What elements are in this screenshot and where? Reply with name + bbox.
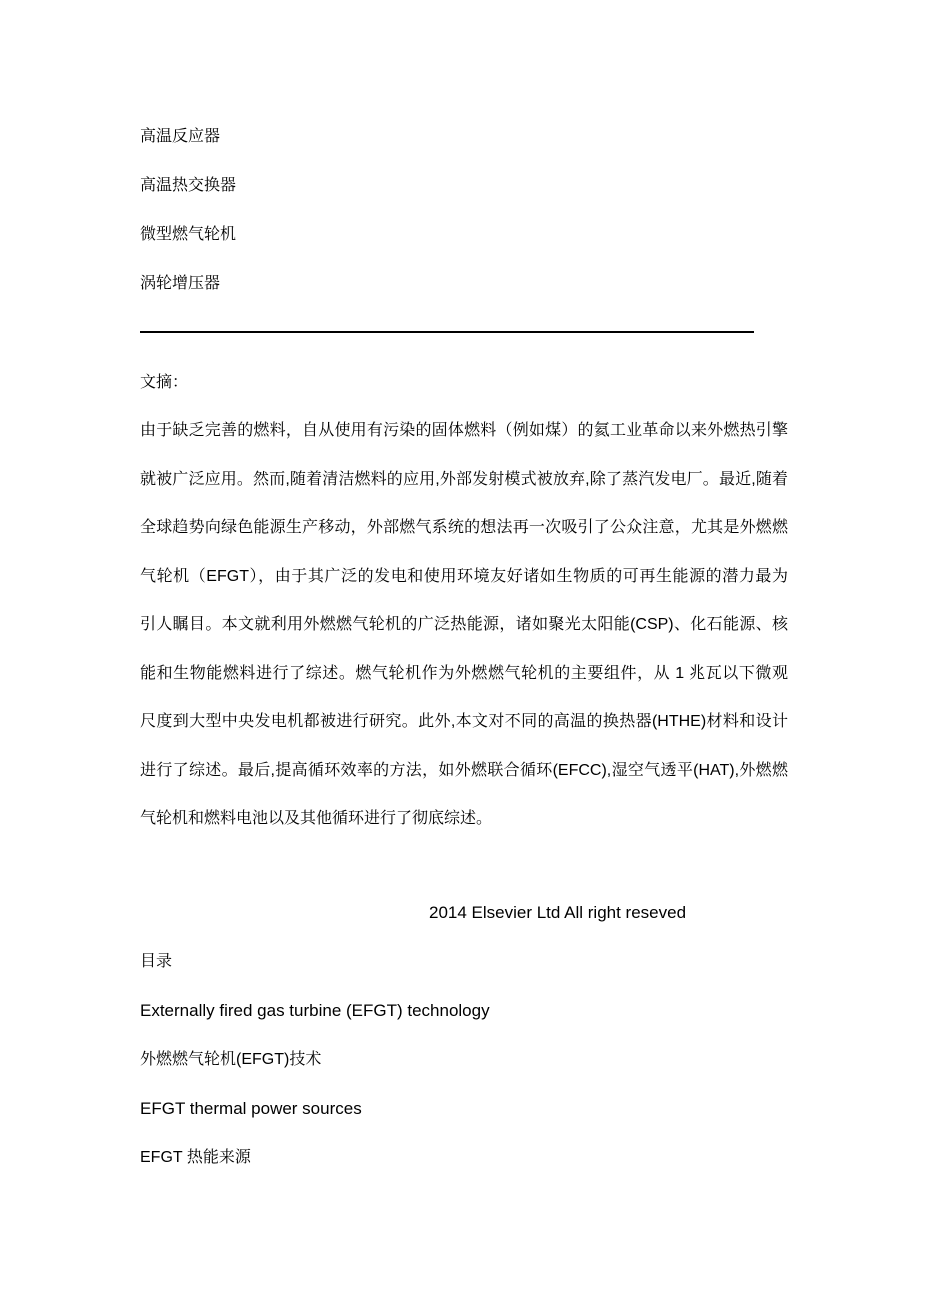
document-page: 高温反应器 高温热交换器 微型燃气轮机 涡轮增压器 文摘： 由于缺乏完善的燃料，… [0, 0, 926, 1309]
abstract-label: 文摘： [140, 358, 788, 407]
section-divider [140, 331, 754, 333]
toc-item: 外燃燃气轮机(EFGT)技术 [140, 1035, 788, 1084]
copyright-line: 2014 Elsevier Ltd All right reseved [140, 888, 788, 937]
abstract-line: 引人瞩目。本文就利用外燃燃气轮机的广泛热能源，诸如聚光太阳能(CSP)、化石能源… [140, 601, 788, 650]
abstract-line: 尺度到大型中央发电机都被进行研究。此外,本文对不同的高温的换热器(HTHE)材料… [140, 698, 788, 747]
toc-item: Externally fired gas turbine (EFGT) tech… [140, 986, 788, 1035]
toc-label: 目录 [140, 937, 788, 986]
keyword-item: 高温热交换器 [140, 161, 788, 210]
keyword-item: 高温反应器 [140, 112, 788, 161]
abstract-line: 气轮机和燃料电池以及其他循环进行了彻底综述。 [140, 795, 788, 844]
keyword-item: 涡轮增压器 [140, 259, 788, 308]
keyword-item: 微型燃气轮机 [140, 210, 788, 259]
abstract-line: 全球趋势向绿色能源生产移动，外部燃气系统的想法再一次吸引了公众注意，尤其是外燃燃 [140, 504, 788, 553]
abstract-line: 由于缺乏完善的燃料，自从使用有污染的固体燃料（例如煤）的氦工业革命以来外燃热引擎 [140, 407, 788, 456]
toc-item: EFGT 热能来源 [140, 1133, 788, 1182]
toc-item: EFGT thermal power sources [140, 1084, 788, 1133]
abstract-line: 进行了综述。最后,提高循环效率的方法，如外燃联合循环(EFCC),湿空气透平(H… [140, 747, 788, 796]
abstract-line: 能和生物能燃料进行了综述。燃气轮机作为外燃燃气轮机的主要组件，从 1 兆瓦以下微… [140, 650, 788, 699]
abstract-line: 气轮机（EFGT），由于其广泛的发电和使用环境友好诸如生物质的可再生能源的潜力最… [140, 553, 788, 602]
abstract-line: 就被广泛应用。然而,随着清洁燃料的应用,外部发射模式被放弃,除了蒸汽发电厂。最近… [140, 456, 788, 505]
